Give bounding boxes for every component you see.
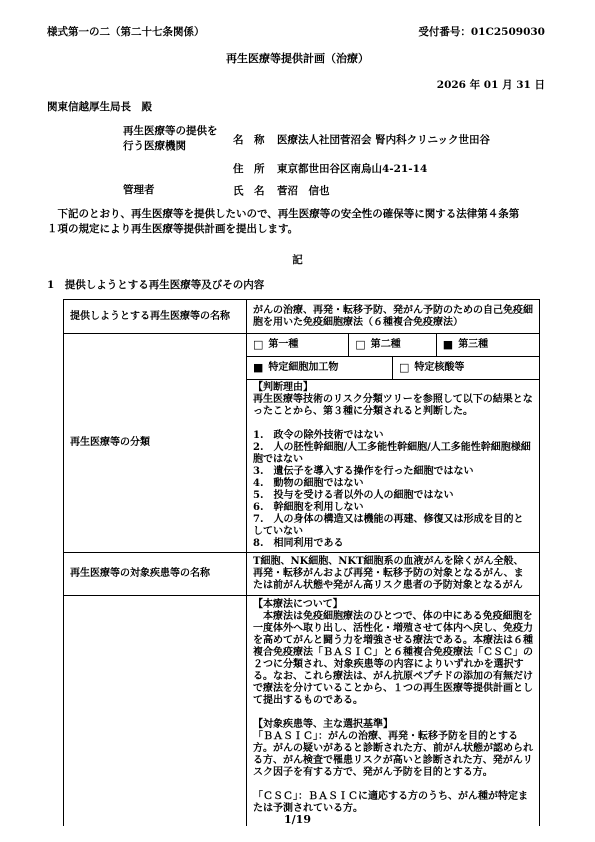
classification-product-row: ■ 特定細胞加工物 □ 特定核酸等 <box>247 357 539 380</box>
classification-label: 再生医療等の分類 <box>64 334 247 552</box>
classification-type-3: ■ 第三種 <box>437 334 539 356</box>
address-field-value: 東京都世田谷区南烏山4-21-14 <box>277 161 548 176</box>
classification-type-row: □ 第一種 □ 第二種 ■ 第三種 <box>247 334 539 357</box>
table-row-classification: 再生医療等の分類 □ 第一種 □ 第二種 ■ 第三種 <box>64 334 539 553</box>
provider-manager-row: 管理者 氏 名 菅沼 信也 <box>123 183 548 198</box>
classification-type-1-label: 第一種 <box>268 339 298 351</box>
description-label-empty <box>64 596 247 826</box>
manager-name-value: 菅沼 信也 <box>277 183 548 198</box>
provision-name-value: がんの治療、再発・転移予防、発がん予防のための自己免疫細胞を用いた免疫細胞療法（… <box>247 300 539 333</box>
description-value: 【本療法について】 本療法は免疫細胞療法のひとつで、体の中にある免疫細胞を一度体… <box>247 596 539 826</box>
target-disease-value: T細胞、NK細胞、NKT細胞系の血液がんを除くがん全般、再発・転移がんおよび再発… <box>247 553 539 595</box>
name-field-label: 名 称 <box>233 132 277 147</box>
form-number: 様式第一の二（第二十七条関係） <box>47 24 205 39</box>
name-field-value: 医療法人社団菅沼会 腎内科クリニック世田谷 <box>277 132 548 147</box>
checkbox-unchecked-icon: □ <box>399 362 409 374</box>
classification-product-2-label: 特定核酸等 <box>414 362 464 374</box>
classification-product-2: □ 特定核酸等 <box>393 357 539 379</box>
provider-block: 再生医療等の提供を 行う医療機関 名 称 医療法人社団菅沼会 腎内科クリニック世… <box>123 124 548 198</box>
document-title: 再生医療等提供計画（治療） <box>0 50 595 66</box>
checkbox-unchecked-icon: □ <box>253 339 263 351</box>
manager-name-label: 氏 名 <box>233 183 277 198</box>
classification-product-1-label: 特定細胞加工物 <box>268 362 338 374</box>
provider-org-label-line2: 行う医療機関 <box>123 139 233 154</box>
provider-name-row: 再生医療等の提供を 行う医療機関 名 称 医療法人社団菅沼会 腎内科クリニック世… <box>123 124 548 154</box>
classification-value-group: □ 第一種 □ 第二種 ■ 第三種 ■ 特定細胞加工物 <box>247 334 539 552</box>
table-row-target-disease: 再生医療等の対象疾患等の名称 T細胞、NK細胞、NKT細胞系の血液がんを除くがん… <box>64 553 539 596</box>
intro-paragraph: 下記のとおり、再生医療等を提供したいので、再生医療等の安全性の確保等に関する法律… <box>47 207 529 236</box>
provider-address-row: 住 所 東京都世田谷区南烏山4-21-14 <box>123 161 548 176</box>
checkbox-checked-icon: ■ <box>253 362 263 374</box>
checkbox-checked-icon: ■ <box>443 339 453 351</box>
provision-name-label: 提供しようとする再生医療等の名称 <box>64 300 247 333</box>
classification-type-1: □ 第一種 <box>247 334 349 356</box>
classification-type-3-label: 第三種 <box>458 339 488 351</box>
document-date: 2026 年 01 月 31 日 <box>437 77 545 92</box>
table-row-description: 【本療法について】 本療法は免疫細胞療法のひとつで、体の中にある免疫細胞を一度体… <box>64 596 539 826</box>
classification-judgment-text: 【判断理由】 再生医療等技術のリスク分類ツリーを参照して以下の結果となったことか… <box>247 380 539 552</box>
record-marker: 記 <box>0 252 595 267</box>
address-field-label: 住 所 <box>233 161 277 176</box>
target-disease-label: 再生医療等の対象疾患等の名称 <box>64 553 247 595</box>
table-row-provision-name: 提供しようとする再生医療等の名称 がんの治療、再発・転移予防、発がん予防のための… <box>64 300 539 334</box>
classification-type-2: □ 第二種 <box>349 334 437 356</box>
manager-label: 管理者 <box>123 183 233 198</box>
classification-type-2-label: 第二種 <box>371 339 401 351</box>
provision-plan-table: 提供しようとする再生医療等の名称 がんの治療、再発・転移予防、発がん予防のための… <box>63 299 540 826</box>
classification-product-1: ■ 特定細胞加工物 <box>247 357 393 379</box>
provider-org-label-line1: 再生医療等の提供を <box>123 124 233 139</box>
section1-title: 1 提供しようとする再生医療等及びその内容 <box>47 277 264 292</box>
document-page: 様式第一の二（第二十七条関係） 受付番号：01C2509030 再生医療等提供計… <box>0 0 595 842</box>
addressee: 関東信越厚生局長 殿 <box>47 99 152 114</box>
checkbox-unchecked-icon: □ <box>355 339 365 351</box>
provider-org-label: 再生医療等の提供を 行う医療機関 <box>123 124 233 154</box>
page-number: 1/19 <box>0 813 595 826</box>
receipt-number: 受付番号：01C2509030 <box>418 24 545 39</box>
